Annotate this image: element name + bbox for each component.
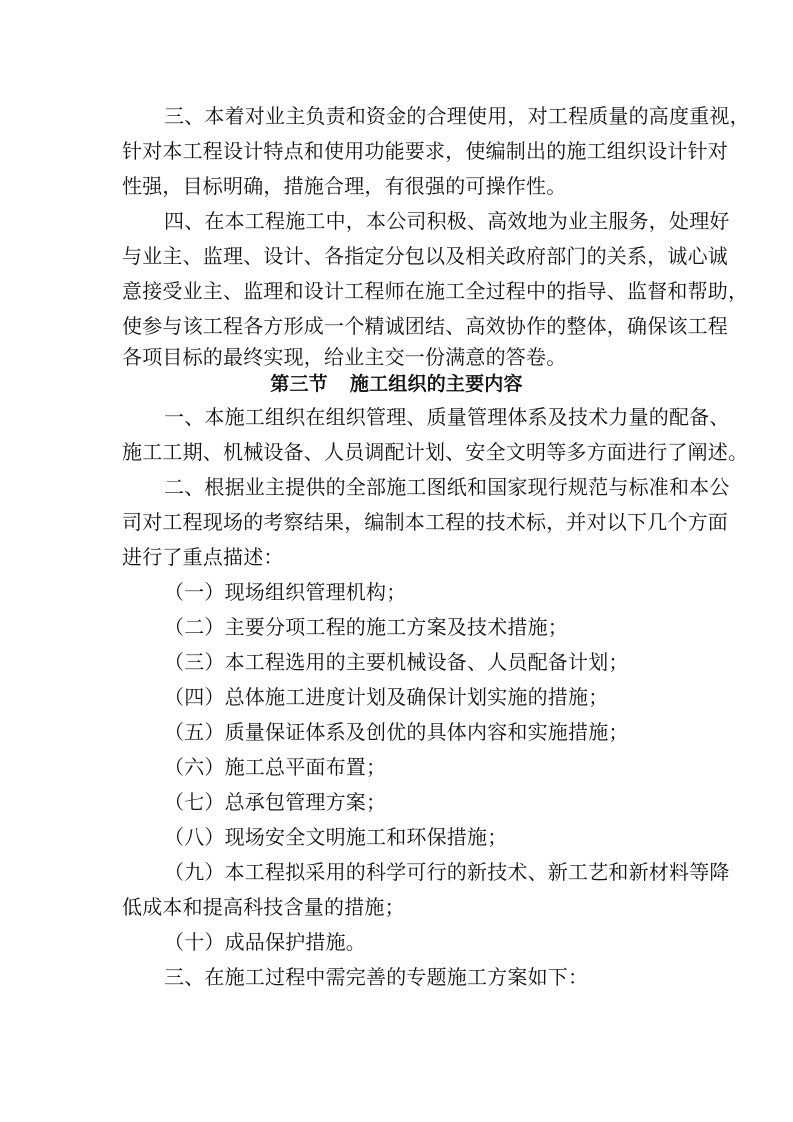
section-title: 施工组织的主要内容 <box>350 373 523 395</box>
paragraph-line: 使参与该工程各方形成一个精诚团结、高效协作的整体，确保该工程 <box>122 312 674 340</box>
section-heading: 第三节施工组织的主要内容 <box>0 370 793 398</box>
list-item: （四）总体施工进度计划及确保计划实施的措施； <box>164 683 674 711</box>
list-item: （三）本工程选用的主要机械设备、人员配备计划； <box>164 648 674 676</box>
list-item: （一）现场组织管理机构； <box>164 578 674 606</box>
list-text: 本工程拟采用的科学可行的新技术、新工艺和新材料等降 <box>225 860 730 884</box>
list-marker: （六） <box>164 755 225 779</box>
paragraph-line: 二、根据业主提供的全部施工图纸和国家现行规范与标准和本公 <box>164 473 674 501</box>
paragraph-line: 四、在本工程施工中，本公司积极、高效地为业主服务，处理好 <box>164 207 674 235</box>
list-text: 质量保证体系及创优的具体内容和实施措施； <box>225 720 629 744</box>
list-item: （七）总承包管理方案； <box>164 788 674 816</box>
list-text: 施工总平面布置； <box>225 755 387 779</box>
paragraph-line: 性强，目标明确，措施合理，有很强的可操作性。 <box>122 172 674 200</box>
list-item-continuation: 低成本和提高科技含量的措施； <box>122 893 674 921</box>
list-marker: （三） <box>164 650 225 674</box>
list-marker: （九） <box>164 860 225 884</box>
list-text: 主要分项工程的施工方案及技术措施； <box>225 615 568 639</box>
list-marker: （五） <box>164 720 225 744</box>
list-text: 成品保护措施。 <box>225 930 366 954</box>
list-marker: （八） <box>164 825 225 849</box>
list-text: 现场组织管理机构； <box>225 580 407 604</box>
list-marker: （二） <box>164 615 225 639</box>
paragraph-line: 意接受业主、监理和设计工程师在施工全过程中的指导、监督和帮助， <box>122 277 674 305</box>
paragraph-line: 三、在施工过程中需完善的专题施工方案如下： <box>164 963 674 991</box>
paragraph-line: 进行了重点描述： <box>122 543 674 571</box>
section-number: 第三节 <box>270 373 328 395</box>
list-text: 总承包管理方案； <box>225 790 387 814</box>
list-text: 本工程选用的主要机械设备、人员配备计划； <box>225 650 629 674</box>
list-marker: （七） <box>164 790 225 814</box>
list-item: （十）成品保护措施。 <box>164 928 674 956</box>
list-item: （九）本工程拟采用的科学可行的新技术、新工艺和新材料等降 <box>164 858 674 886</box>
document-page: 三、本着对业主负责和资金的合理使用，对工程质量的高度重视， 针对本工程设计特点和… <box>0 0 793 1122</box>
list-item: （五）质量保证体系及创优的具体内容和实施措施； <box>164 718 674 746</box>
list-item: （六）施工总平面布置； <box>164 753 674 781</box>
paragraph-line: 与业主、监理、设计、各指定分包以及相关政府部门的关系，诚心诚 <box>122 242 674 270</box>
list-marker: （十） <box>164 930 225 954</box>
paragraph-line: 各项目标的最终实现，给业主交一份满意的答卷。 <box>122 343 674 371</box>
paragraph-line: 三、本着对业主负责和资金的合理使用，对工程质量的高度重视， <box>164 102 674 130</box>
paragraph-line: 司对工程现场的考察结果，编制本工程的技术标，并对以下几个方面 <box>122 508 674 536</box>
paragraph-line: 一、本施工组织在组织管理、质量管理体系及技术力量的配备、 <box>164 403 674 431</box>
list-item: （八）现场安全文明施工和环保措施； <box>164 823 674 851</box>
list-marker: （四） <box>164 685 225 709</box>
paragraph-line: 针对本工程设计特点和使用功能要求，使编制出的施工组织设计针对 <box>122 137 674 165</box>
list-text: 总体施工进度计划及确保计划实施的措施； <box>225 685 609 709</box>
list-item: （二）主要分项工程的施工方案及技术措施； <box>164 613 674 641</box>
list-marker: （一） <box>164 580 225 604</box>
list-text: 现场安全文明施工和环保措施； <box>225 825 508 849</box>
paragraph-line: 施工工期、机械设备、人员调配计划、安全文明等多方面进行了阐述。 <box>122 438 674 466</box>
